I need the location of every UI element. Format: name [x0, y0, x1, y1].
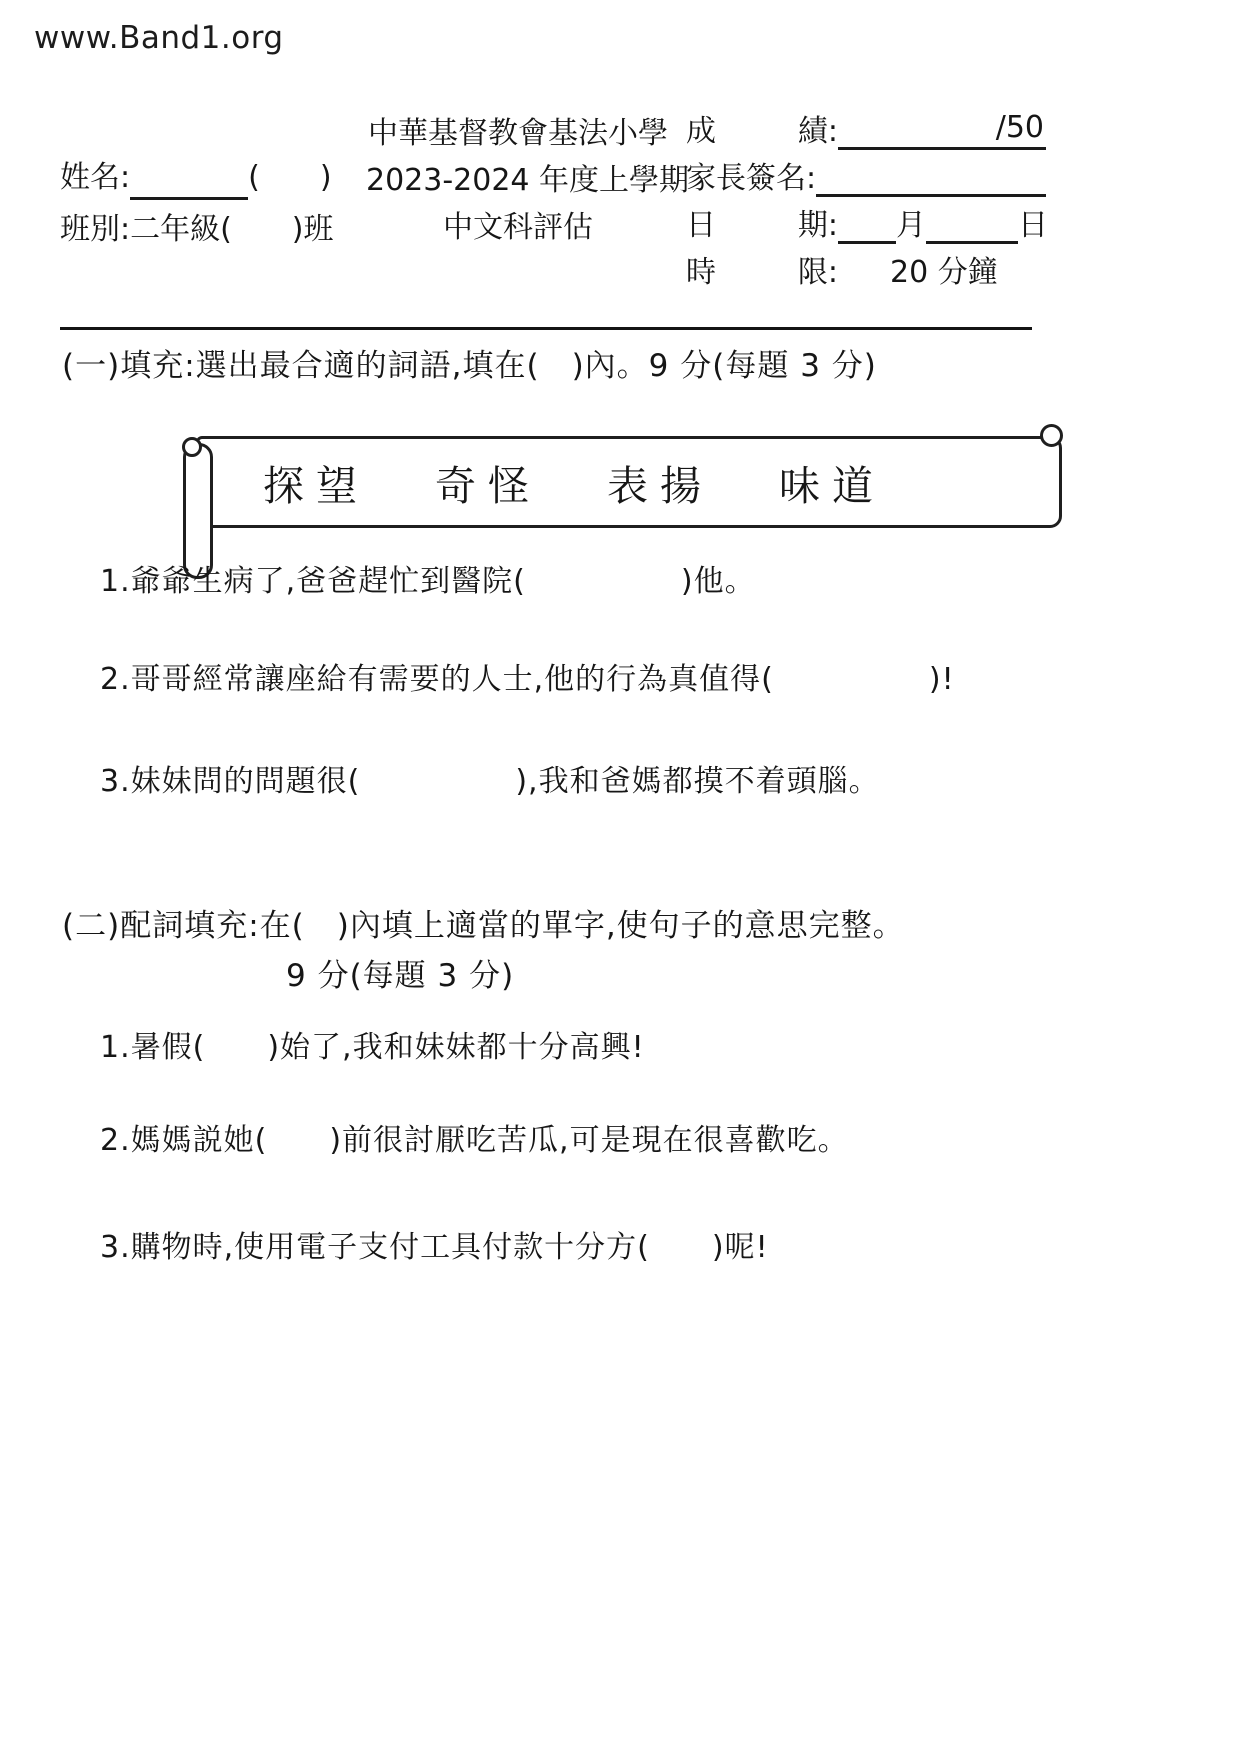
signature-blank-line [816, 158, 1046, 197]
scroll-curl-left-icon [182, 437, 202, 457]
scroll-curl-right-icon [1040, 424, 1063, 447]
section1-question-3: 3.妹妹問的問題很( ),我和爸媽都摸不着頭腦。 [100, 756, 880, 800]
time-limit-value: 20 分鐘 [890, 247, 998, 291]
section1-title: (一)填充:選出最合適的詞語,填在( )內。9 分(每題 3 分) [62, 340, 877, 385]
header-school-block: 中華基督教會基法小學 2023-2024 年度上學期 中文科評估 [366, 110, 670, 251]
site-watermark: www.Band1.org [34, 20, 284, 56]
word-bank-item: 味道 [779, 453, 885, 512]
date-month-char: 月 [896, 200, 926, 244]
name-blank-line [130, 163, 248, 200]
word-bank-scroll: 探望 奇怪 表揚 味道 [196, 436, 1062, 528]
word-bank-item: 探望 [263, 453, 369, 512]
header-student-info: 姓名:( ) 班別:二年級( )班 [60, 156, 334, 260]
section2-question-2: 2.媽媽説她( )前很討厭吃苦瓜,可是現在很喜歡吃。 [100, 1115, 849, 1159]
section2-title-line2: 9 分(每題 3 分) [286, 950, 514, 995]
date-blanks: 月 日 [838, 200, 1048, 244]
class-label-line: 班別:二年級( )班 [60, 208, 334, 252]
score-label: 成 績: [686, 106, 838, 150]
score-blank-line: /50 [838, 109, 1046, 150]
paper-subject: 中文科評估 [366, 204, 670, 251]
time-limit-label: 時 限: [686, 247, 838, 291]
word-bank-words: 探望 奇怪 表揚 味道 [199, 439, 1059, 525]
date-label: 日 期: [686, 200, 838, 244]
time-limit-row: 時 限: 20 分鐘 [686, 253, 1046, 291]
section1-question-1: 1.爺爺生病了,爸爸趕忙到醫院( )他。 [100, 556, 756, 600]
school-name: 中華基督教會基法小學 [366, 110, 670, 157]
date-row: 日 期: 月 日 [686, 206, 1046, 244]
exam-paper-page: www.Band1.org 姓名:( ) 班別:二年級( )班 中華基督教會基法… [0, 0, 1240, 1754]
section2-question-3: 3.購物時,使用電子支付工具付款十分方( )呢! [100, 1222, 769, 1266]
section1-question-2: 2.哥哥經常讓座給有需要的人士,他的行為真值得( )! [100, 654, 955, 698]
name-label: 姓名: [60, 156, 130, 200]
word-bank-item: 奇怪 [435, 453, 541, 512]
header-divider-rule [60, 327, 1032, 330]
name-class-number-paren: ( ) [248, 156, 331, 200]
date-day-blank [926, 209, 1018, 244]
score-row: 成 績: /50 [686, 112, 1046, 150]
class-row: 班別:二年級( )班 [60, 208, 334, 252]
date-month-blank [838, 209, 896, 244]
school-term: 2023-2024 年度上學期 [366, 157, 670, 204]
header-admin-block: 成 績: /50 家長簽名: 日 期: 月 日 時 限: [686, 112, 1046, 300]
name-row: 姓名:( ) [60, 156, 334, 200]
signature-label: 家長簽名: [686, 153, 816, 197]
section2-question-1: 1.暑假( )始了,我和妹妹都十分高興! [100, 1022, 645, 1066]
section2-title-line1: (二)配詞填充:在( )內填上適當的單字,使句子的意思完整。 [62, 900, 905, 945]
signature-row: 家長簽名: [686, 159, 1046, 197]
word-bank-item: 表揚 [607, 453, 713, 512]
date-day-char: 日 [1018, 200, 1048, 244]
